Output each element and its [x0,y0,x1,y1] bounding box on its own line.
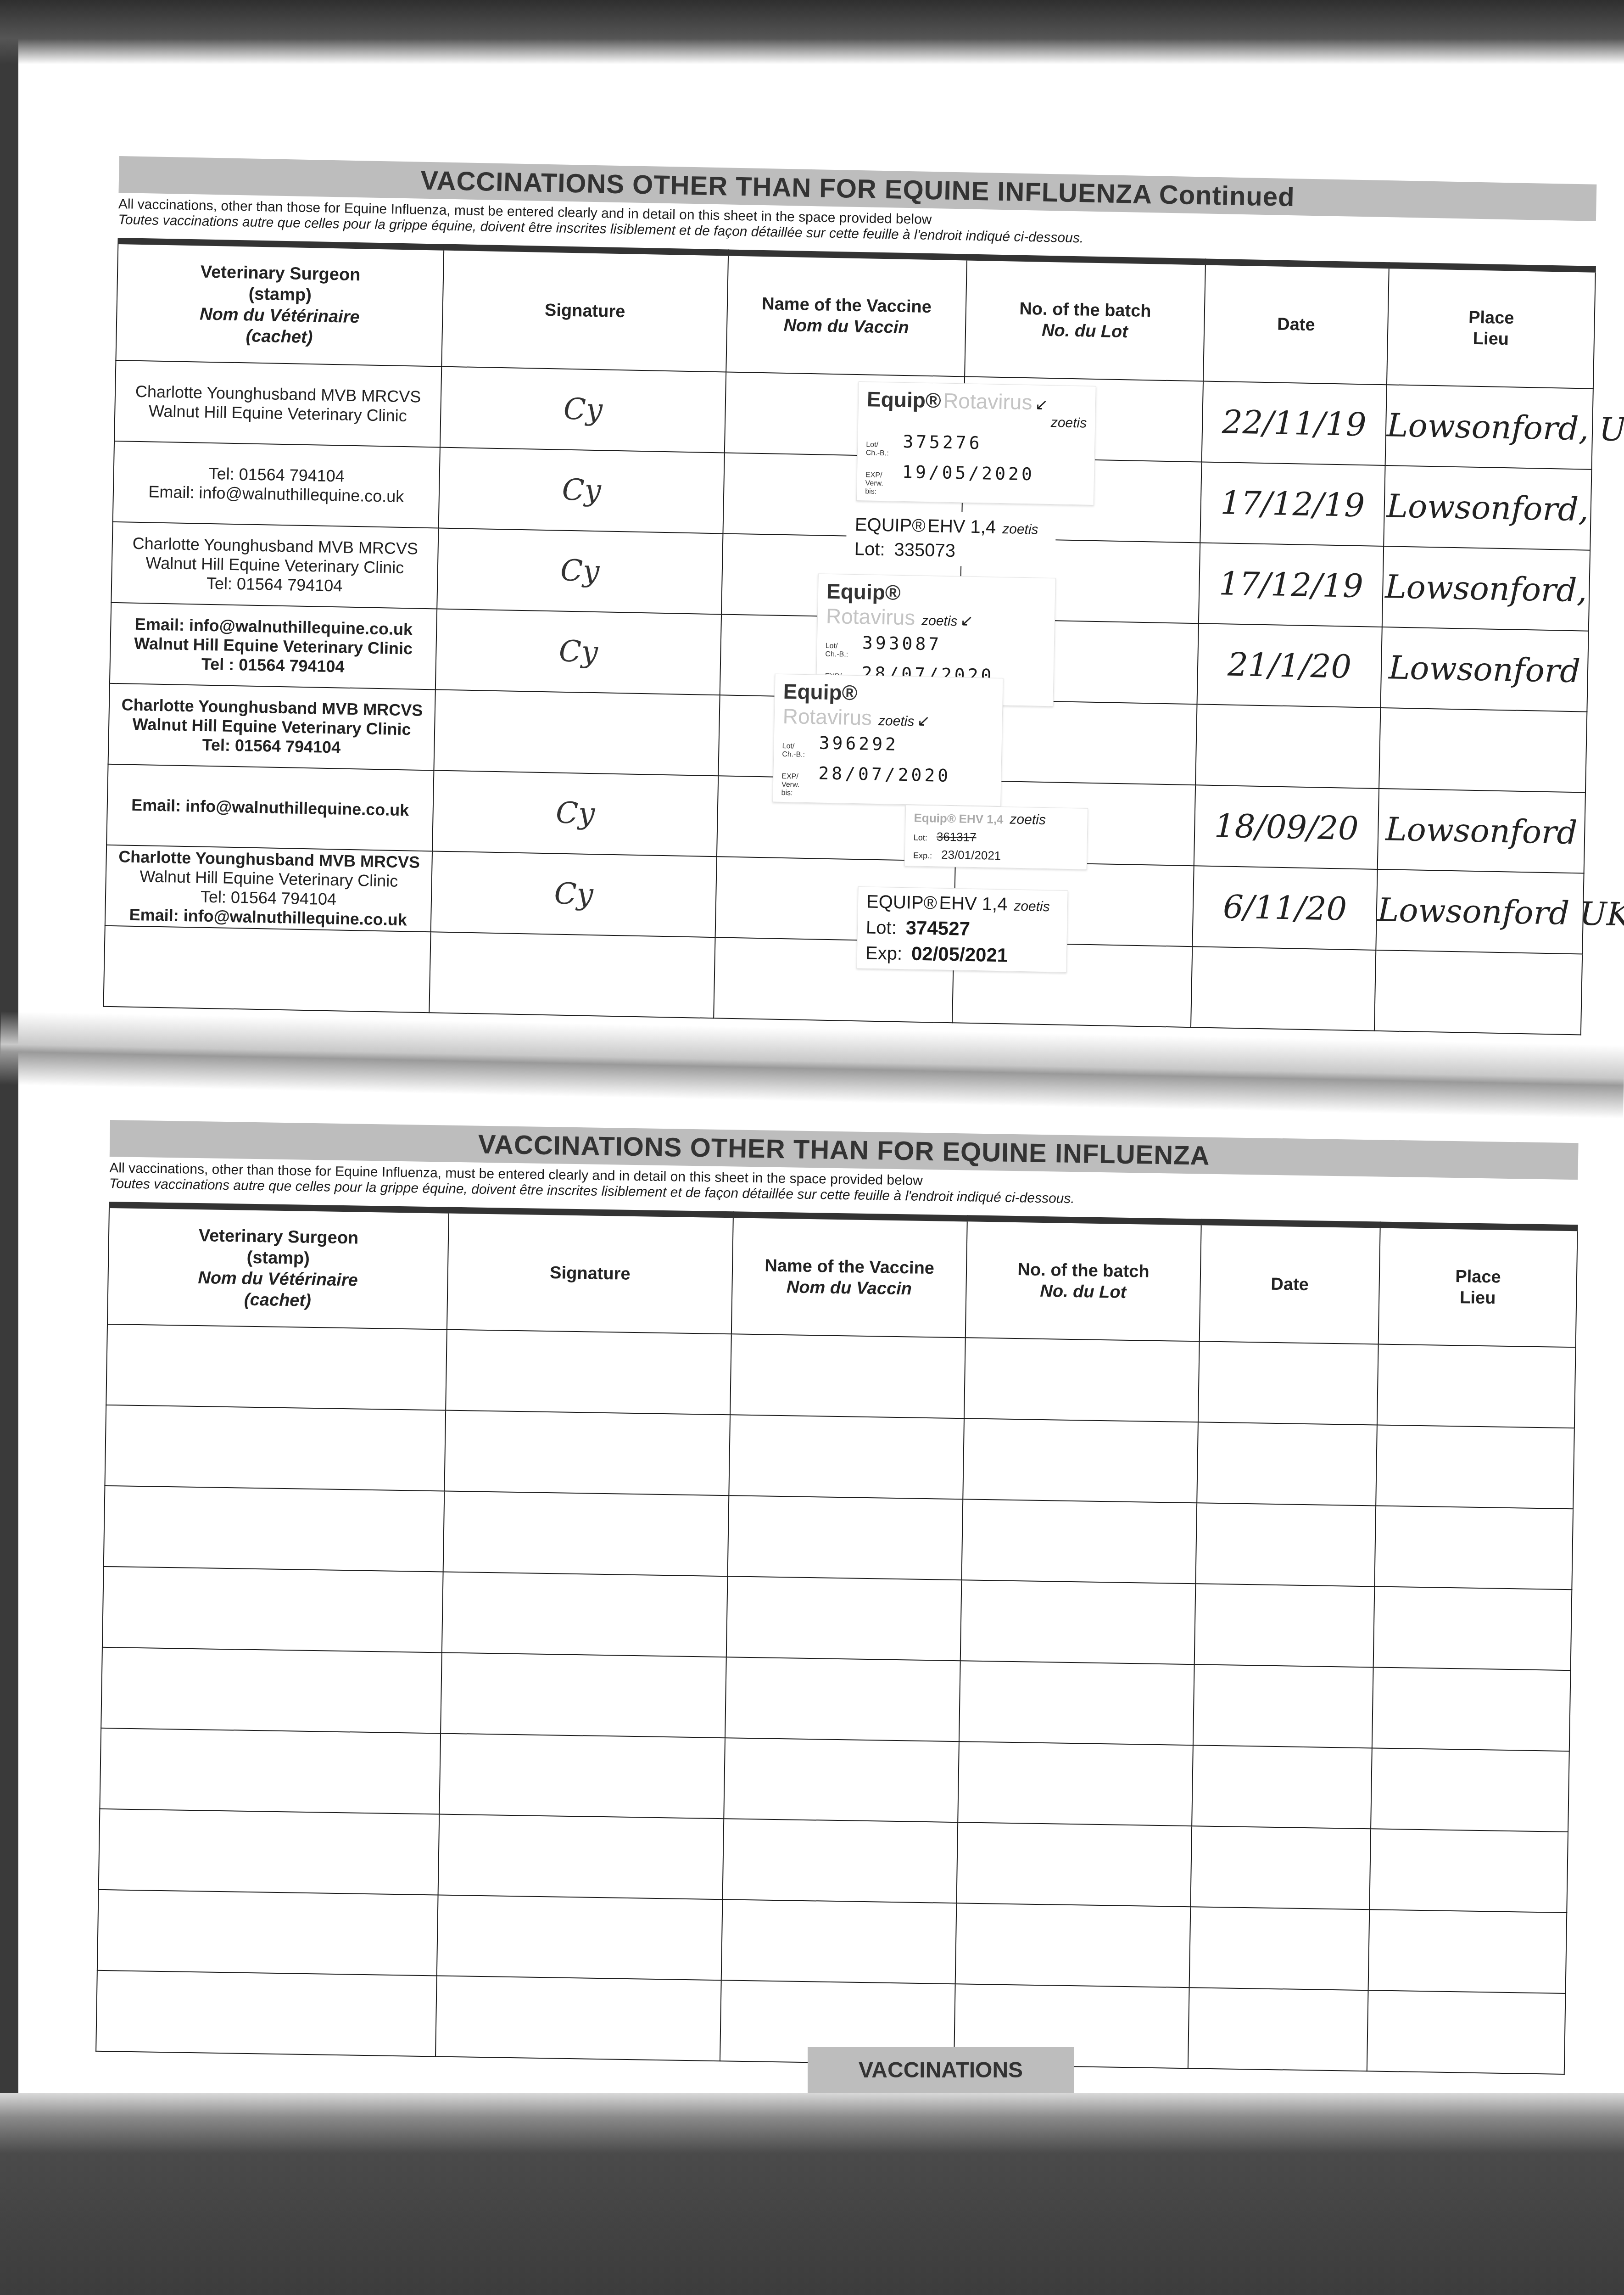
date-cell[interactable] [1189,1907,1370,1990]
vet-stamp-cell: Charlotte Younghusband MVB MRCVS Walnut … [108,683,435,771]
col-header-vet-surgeon: Veterinary Surgeon (stamp) Nom du Vétéri… [116,241,444,367]
vaccine-name-cell[interactable] [721,1899,957,1984]
place-cell[interactable] [1367,1990,1566,2074]
col-header-vaccine-name: Name of the Vaccine Nom du Vaccin [726,253,967,377]
handwritten-date: 18/09/20 [1214,807,1359,847]
signature-cell[interactable] [441,1652,726,1738]
lot-number: 361317 [937,829,977,845]
lower-vaccination-table: Veterinary Surgeon (stamp) Nom du Vétéri… [95,1202,1578,2075]
signature-scrawl: Cy [562,473,602,508]
place-cell[interactable] [1368,1909,1567,1993]
vaccine-label-rotavirus-1: Equip® Rotavirus↙ zoetis Lot/ Ch.-B.:375… [856,381,1096,505]
vet-stamp-cell[interactable] [106,1324,447,1411]
handwritten-date: 17/12/19 [1219,565,1364,605]
date-cell: 18/09/20 [1194,785,1379,869]
vet-stamp: Tel: 01564 794104 Email: info@walnuthill… [114,462,439,507]
vet-stamp-cell[interactable] [105,1405,446,1491]
signature-scrawl: Cy [555,796,595,831]
zoetis-logo: zoetis [921,613,958,629]
signature-cell: Cy [437,528,723,615]
zoetis-logo: zoetis [1010,812,1046,828]
vaccine-name-cell[interactable] [726,1576,962,1661]
place-cell[interactable] [1374,1506,1573,1590]
place-cell[interactable] [1376,1425,1574,1509]
signature-cell [429,932,715,1018]
col-header-signature: Signature [441,247,728,372]
signature-scrawl: Cy [563,392,603,427]
vaccine-name-cell[interactable] [730,1334,965,1418]
signature-scrawl: Cy [560,554,600,589]
col-header-date: Date [1200,1222,1380,1344]
vaccine-label-ehv-2: Equip® EHV 1,4zoetis Lot:361317 Exp.:23/… [904,805,1088,870]
date-cell[interactable] [1195,1503,1376,1586]
date-cell[interactable] [1198,1341,1378,1425]
handwritten-place: Lowsonford, [1385,568,1588,609]
handwritten-date: 22/11/19 [1222,403,1367,443]
vet-stamp-cell: Email: info@walnuthillequine.co.uk [106,764,434,851]
lot-number: 375276 [903,431,982,453]
scan-shadow-top [0,0,1624,64]
vaccine-label-ehv-3: EQUIP® EHV 1,4zoetis Lot:374527 Exp:02/0… [856,886,1068,973]
place-cell: Lowsonford UK [1376,869,1584,954]
signature-scrawl: Cy [558,635,598,670]
vet-stamp-cell [103,926,430,1013]
vet-stamp-cell: Charlotte Younghusband MVB MRCVS Walnut … [114,360,441,448]
batch-cell[interactable] [955,1903,1191,1987]
date-cell: 17/12/19 [1199,543,1384,627]
batch-cell[interactable] [958,1741,1193,1826]
place-cell: Lowsonford, UK [1385,385,1593,470]
place-cell: Lowsonford, [1384,465,1591,550]
date-cell: 6/11/20 [1192,866,1377,950]
signature-cell: Cy [431,851,717,937]
col-header-signature: Signature [447,1210,733,1334]
date-cell [1195,704,1380,789]
date-cell[interactable] [1193,1664,1373,1748]
col-header-place: Place Lieu [1378,1225,1578,1348]
date-cell[interactable] [1192,1745,1372,1829]
vaccine-name-cell[interactable] [722,1819,958,1903]
handwritten-place: Lowsonford, UK [1386,406,1624,449]
vet-stamp: Charlotte Younghusband MVB MRCVS Walnut … [112,533,437,598]
col-header-vaccine-name: Name of the Vaccine Nom du Vaccin [731,1215,967,1338]
vaccine-name-cell[interactable] [728,1495,963,1580]
zoetis-logo: zoetis [1002,521,1038,537]
batch-cell[interactable] [956,1822,1192,1907]
handwritten-place: Lowsonford [1385,810,1578,851]
date-cell[interactable] [1197,1422,1377,1506]
zoetis-logo: zoetis [878,713,915,729]
col-header-batch-no: No. of the batch No. du Lot [965,257,1205,381]
col-header-vet-surgeon: Veterinary Surgeon (stamp) Nom du Vétéri… [107,1205,449,1330]
signature-cell: Cy [435,609,721,695]
arrow-icon: ↙ [1035,396,1048,414]
batch-cell[interactable] [960,1580,1196,1664]
lower-table-body [96,1324,1575,2074]
vet-stamp: Charlotte Younghusband MVB MRCVS Walnut … [106,847,431,930]
expiry-date: 19/05/2020 [902,462,1035,485]
place-cell[interactable] [1372,1667,1571,1751]
date-cell: 21/1/20 [1197,623,1382,708]
signature-cell[interactable] [438,1814,724,1899]
place-cell[interactable] [1371,1748,1569,1832]
vet-stamp: Charlotte Younghusband MVB MRCVS Walnut … [116,381,440,426]
vet-stamp-cell: Charlotte Younghusband MVB MRCVS Walnut … [111,522,438,609]
signature-cell[interactable] [442,1572,728,1657]
date-cell[interactable] [1194,1584,1375,1667]
signature-cell [434,689,720,776]
expiry-date: 28/07/2020 [818,763,951,786]
handwritten-place: Lowsonford [1388,649,1581,690]
signature-cell[interactable] [435,1976,721,2061]
place-cell[interactable] [1377,1344,1576,1428]
vet-stamp-cell[interactable] [99,1809,440,1895]
signature-cell[interactable] [439,1733,725,1819]
vet-stamp-cell: Email: info@walnuthillequine.co.uk Walnu… [110,603,437,690]
signature-cell[interactable] [443,1491,729,1577]
vet-stamp-cell[interactable] [96,1970,437,2057]
vet-stamp: Email: info@walnuthillequine.co.uk Walnu… [111,614,435,678]
date-cell: 22/11/19 [1202,381,1387,465]
vet-stamp-cell: Tel: 01564 794104 Email: info@walnuthill… [113,441,440,528]
footer-section-tab: VACCINATIONS [808,2047,1074,2093]
place-cell: Lowsonford [1380,627,1588,712]
col-header-batch-no: No. of the batch No. du Lot [965,1218,1201,1341]
lot-number: 335073 [894,540,955,562]
date-cell[interactable] [1190,1826,1371,1909]
lot-number: 396292 [819,733,899,755]
batch-cell[interactable] [961,1499,1197,1584]
place-cell: Lowsonford, [1382,546,1590,631]
handwritten-place: Lowsonford UK [1377,891,1624,934]
zoetis-logo: zoetis [1051,415,1087,431]
expiry-date: 23/01/2021 [941,848,1001,863]
vet-stamp-cell: Charlotte Younghusband MVB MRCVS Walnut … [105,845,432,932]
vet-stamp-cell[interactable] [104,1486,445,1572]
col-header-date: Date [1203,262,1389,385]
place-cell[interactable] [1373,1586,1572,1670]
signature-cell[interactable] [446,1330,731,1415]
date-cell[interactable] [1188,1987,1368,2071]
vaccine-label-ehv-1: EQUIP® EHV 1,4zoetis Lot:335073 [846,510,1056,568]
vet-stamp-cell[interactable] [100,1728,441,1814]
vet-stamp: Email: info@walnuthillequine.co.uk [108,795,432,821]
place-cell [1374,950,1582,1035]
signature-cell[interactable] [437,1895,723,1980]
signature-cell: Cy [440,367,726,453]
scan-shadow-bottom [0,2093,1624,2295]
batch-cell[interactable] [963,1418,1198,1503]
batch-cell[interactable] [959,1661,1194,1745]
lower-vaccination-section: VACCINATIONS OTHER THAN FOR EQUINE INFLU… [95,1120,1578,2075]
vaccine-label-rotavirus-3: Equip® Rotaviruszoetis↙ Lot/ Ch.-B.:3962… [772,674,1003,807]
vet-stamp-cell[interactable] [102,1567,443,1653]
col-header-place: Place Lieu [1387,265,1596,389]
expiry-date: 02/05/2021 [911,942,1008,966]
arrow-icon: ↙ [917,712,930,730]
vaccine-name-cell[interactable] [729,1415,964,1499]
table-header-row: Veterinary Surgeon (stamp) Nom du Vétéri… [107,1205,1578,1347]
handwritten-date: 17/12/19 [1220,484,1365,524]
handwritten-place: Lowsonford, [1386,487,1589,528]
vet-stamp-cell[interactable] [97,1890,438,1976]
vaccine-name-cell[interactable] [725,1657,960,1741]
vaccine-name-cell[interactable] [724,1738,959,1822]
place-cell: Lowsonford [1378,789,1585,873]
handwritten-date: 21/1/20 [1227,646,1351,686]
date-cell [1191,946,1376,1031]
batch-cell[interactable] [964,1338,1200,1422]
signature-cell: Cy [439,448,725,534]
signature-scrawl: Cy [554,877,594,912]
upper-vaccination-section: VACCINATIONS OTHER THAN FOR EQUINE INFLU… [103,156,1596,1035]
signature-cell[interactable] [444,1411,730,1496]
date-cell: 17/12/19 [1200,462,1385,546]
place-cell [1379,708,1587,793]
zoetis-logo: zoetis [1014,899,1050,914]
vet-stamp-cell[interactable] [101,1647,442,1734]
lot-number: 393087 [862,633,942,654]
signature-cell: Cy [432,770,718,856]
handwritten-date: 6/11/20 [1222,888,1347,928]
vet-stamp: Charlotte Younghusband MVB MRCVS Walnut … [109,695,434,759]
place-cell[interactable] [1369,1829,1568,1913]
arrow-icon: ↙ [960,612,973,630]
lot-number: 374527 [905,917,970,940]
